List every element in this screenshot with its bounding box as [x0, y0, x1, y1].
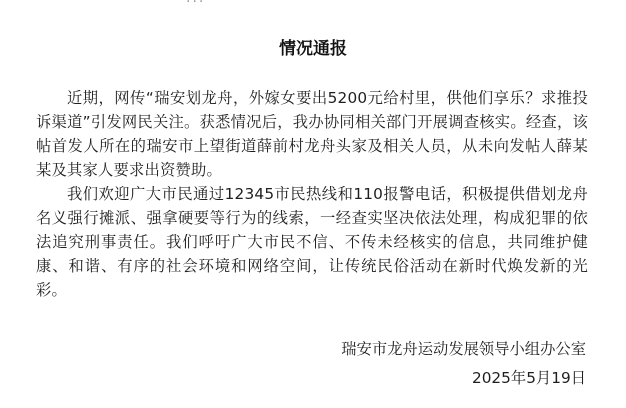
paragraph-1: 近期，网传“瑞安划龙舟，外嫁女要出5200元给村里，供他们享乐？求推投诉渠道”引… [36, 86, 588, 182]
issuer-signature: 瑞安市龙舟运动发展领导小组办公室 [341, 337, 586, 359]
issue-date: 2025年5月19日 [472, 366, 586, 388]
document-title: 情况通报 [0, 34, 626, 59]
cropped-header-fragment: ... [186, 0, 205, 6]
paragraph-2: 我们欢迎广大市民通过12345市民热线和110报警电话，积极提供借划龙舟名义强行… [36, 182, 588, 302]
